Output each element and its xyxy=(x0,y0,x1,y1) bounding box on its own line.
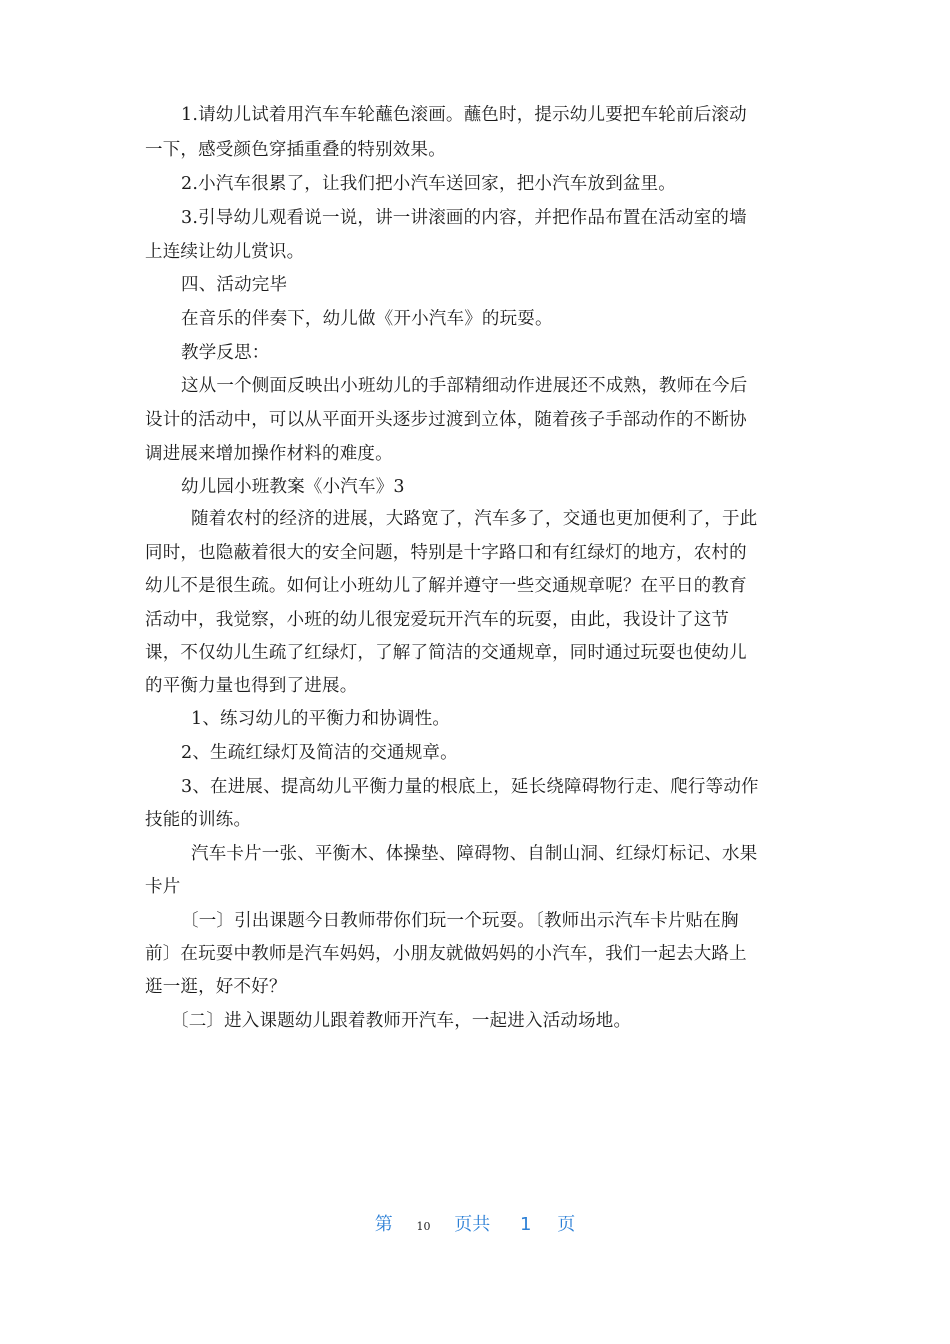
text-line: 前〕在玩耍中教师是汽车妈妈，小朋友就做妈妈的小汽车，我们一起去大路上 xyxy=(145,943,747,965)
text-line: 上连续让幼儿赏识。 xyxy=(145,241,304,263)
text-line: 活动中，我觉察，小班的幼儿很宠爱玩开汽车的玩耍，由此，我设计了这节 xyxy=(145,609,729,631)
text-line: 同时，也隐蔽着很大的安全问题，特别是十字路口和有红绿灯的地方，农村的 xyxy=(145,542,747,564)
text-line: 随着农村的经济的进展，大路宽了，汽车多了，交通也更加便利了，于此 xyxy=(191,508,757,530)
text-line: 〔一〕引出课题今日教师带你们玩一个玩耍。〔教师出示汽车卡片贴在胸 xyxy=(181,910,739,932)
text-line: 技能的训练。 xyxy=(145,809,251,831)
text-line: 一下，感受颜色穿插重叠的特别效果。 xyxy=(145,139,446,161)
text-line: 〔二〕进入课题幼儿跟着教师开汽车，一起进入活动场地。 xyxy=(171,1010,631,1032)
text-line: 四、活动完毕 xyxy=(181,274,287,296)
text-line: 调进展来增加操作材料的难度。 xyxy=(145,443,393,465)
text-line: 3、在进展、提高幼儿平衡力量的根底上，延长绕障碍物行走、爬行等动作 xyxy=(181,776,759,798)
current-page-number: 10 xyxy=(417,1220,431,1233)
text-line: 逛一逛，好不好？ xyxy=(145,976,287,998)
text-line: 在音乐的伴奏下，幼儿做《开小汽车》的玩耍。 xyxy=(181,308,553,330)
footer-prefix: 第 xyxy=(375,1210,393,1236)
text-line: 卡片 xyxy=(145,876,180,898)
text-line: 教学反思： xyxy=(181,342,270,364)
text-line: 汽车卡片一张、平衡木、体操垫、障碍物、自制山洞、红绿灯标记、水果 xyxy=(191,843,757,865)
text-line: 2.小汽车很累了，让我们把小汽车送回家，把小汽车放到盆里。 xyxy=(181,173,676,195)
text-line: 这从一个侧面反映出小班幼儿的手部精细动作进展还不成熟，教师在今后 xyxy=(181,375,747,397)
text-line: 1.请幼儿试着用汽车车轮蘸色滚画。蘸色时，提示幼儿要把车轮前后滚动 xyxy=(181,104,747,126)
text-line: 设计的活动中，可以从平面开头逐步过渡到立体，随着孩子手部动作的不断协 xyxy=(145,409,747,431)
text-line: 幼儿园小班教案《小汽车》3 xyxy=(181,476,405,498)
text-line: 课，不仅幼儿生疏了红绿灯，了解了简洁的交通规章，同时通过玩耍也使幼儿 xyxy=(145,642,747,664)
document-page: 1.请幼儿试着用汽车车轮蘸色滚画。蘸色时，提示幼儿要把车轮前后滚动一下，感受颜色… xyxy=(0,0,950,1344)
total-pages: 1 xyxy=(520,1214,531,1235)
footer-suffix: 页 xyxy=(557,1210,575,1236)
footer-middle: 页共 xyxy=(454,1210,490,1236)
text-line: 幼儿不是很生疏。如何让小班幼儿了解并遵守一些交通规章呢？在平日的教育 xyxy=(145,575,747,597)
page-footer: 第 10 页共 1 页 xyxy=(0,1210,950,1236)
text-line: 的平衡力量也得到了进展。 xyxy=(145,675,357,697)
text-line: 1、练习幼儿的平衡力和协调性。 xyxy=(191,708,450,730)
text-line: 3.引导幼儿观看说一说，讲一讲滚画的内容，并把作品布置在活动室的墙 xyxy=(181,207,747,229)
text-line: 2、生疏红绿灯及简洁的交通规章。 xyxy=(181,742,458,764)
